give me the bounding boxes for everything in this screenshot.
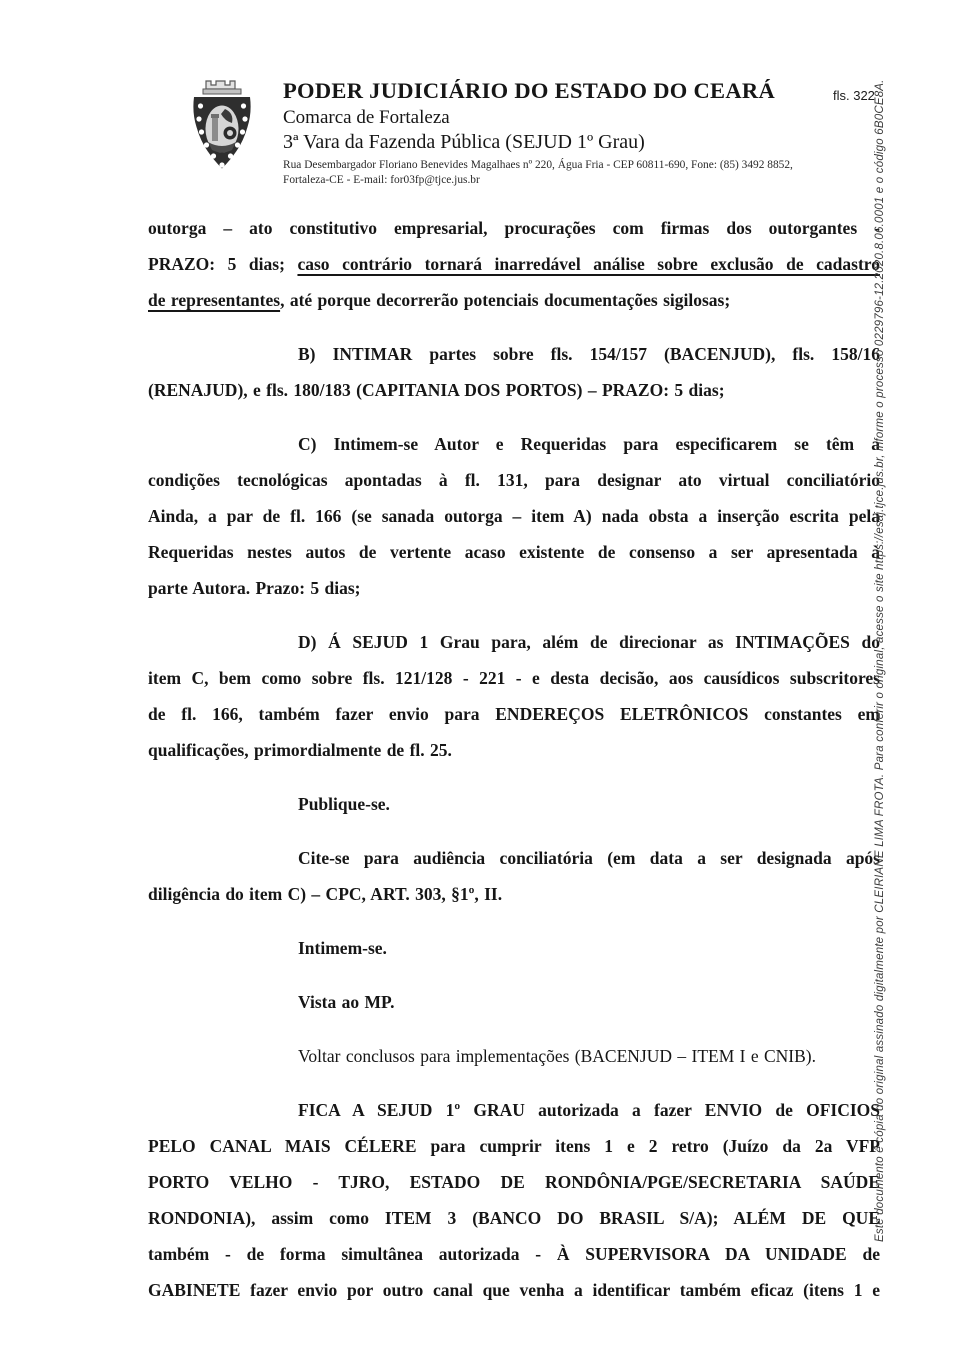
vara-name: 3ª Vara da Fazenda Pública (SEJUD 1º Gra… bbox=[283, 131, 843, 154]
text-line: Cite-se para audiência conciliatória (em… bbox=[148, 840, 880, 876]
paragraph: outorga – ato constitutivo empresarial, … bbox=[148, 210, 880, 318]
text-line: também - de forma simultânea autorizada … bbox=[148, 1236, 880, 1272]
document-page: PODER JUDICIÁRIO DO ESTADO DO CEARÁ Coma… bbox=[0, 0, 960, 1357]
letterhead: PODER JUDICIÁRIO DO ESTADO DO CEARÁ Coma… bbox=[283, 78, 843, 188]
paragraph: Voltar conclusos para implementações (BA… bbox=[148, 1038, 880, 1074]
address-line-1: Rua Desembargador Floriano Benevides Mag… bbox=[283, 158, 843, 173]
paragraph: Cite-se para audiência conciliatória (em… bbox=[148, 840, 880, 912]
text-line: de representantes, até porque decorrerão… bbox=[148, 282, 880, 318]
text-line: Intimem-se. bbox=[148, 930, 880, 966]
text-line: item C, bem como sobre fls. 121/128 - 22… bbox=[148, 660, 880, 696]
text-line: D) Á SEJUD 1 Grau para, além de direcion… bbox=[148, 624, 880, 660]
document-body: outorga – ato constitutivo empresarial, … bbox=[148, 210, 880, 1326]
text-line: outorga – ato constitutivo empresarial, … bbox=[148, 210, 880, 246]
paragraph: Publique-se. bbox=[148, 786, 880, 822]
text-line: PRAZO: 5 dias; caso contrário tornará in… bbox=[148, 246, 880, 282]
paragraph: Vista ao MP. bbox=[148, 984, 880, 1020]
text-line: parte Autora. Prazo: 5 dias; bbox=[148, 570, 880, 606]
digital-signature-certification: Este documento é cópia do original assin… bbox=[874, 127, 886, 1242]
comarca-name: Comarca de Fortaleza bbox=[283, 107, 843, 129]
text-line: Vista ao MP. bbox=[148, 984, 880, 1020]
text-line: PORTO VELHO - TJRO, ESTADO DE RONDÔNIA/P… bbox=[148, 1164, 880, 1200]
text-line: RONDONIA), assim como ITEM 3 (BANCO DO B… bbox=[148, 1200, 880, 1236]
paragraph: B) INTIMAR partes sobre fls. 154/157 (BA… bbox=[148, 336, 880, 408]
text-line: condições tecnológicas apontadas à fl. 1… bbox=[148, 462, 880, 498]
court-name: PODER JUDICIÁRIO DO ESTADO DO CEARÁ bbox=[283, 78, 843, 104]
text-line: Publique-se. bbox=[148, 786, 880, 822]
paragraph: D) Á SEJUD 1 Grau para, além de direcion… bbox=[148, 624, 880, 768]
text-line: GABINETE fazer envio por outro canal que… bbox=[148, 1272, 880, 1308]
text-line: Ainda, a par de fl. 166 (se sanada outor… bbox=[148, 498, 880, 534]
text-line: diligência do item C) – CPC, ART. 303, §… bbox=[148, 876, 880, 912]
address-line-2: Fortaleza-CE - E-mail: for03fp@tjce.jus.… bbox=[283, 173, 843, 188]
paragraph: C) Intimem-se Autor e Requeridas para es… bbox=[148, 426, 880, 606]
folio-number: fls. 322 bbox=[833, 88, 875, 103]
text-line: (RENAJUD), e fls. 180/183 (CAPITANIA DOS… bbox=[148, 372, 880, 408]
paragraph: Intimem-se. bbox=[148, 930, 880, 966]
text-line: Voltar conclusos para implementações (BA… bbox=[148, 1038, 880, 1074]
paragraph: FICA A SEJUD 1º GRAU autorizada a fazer … bbox=[148, 1092, 880, 1308]
ceara-coat-of-arms-icon bbox=[181, 76, 263, 193]
text-line: qualificações, primordialmente de fl. 25… bbox=[148, 732, 880, 768]
text-line: PELO CANAL MAIS CÉLERE para cumprir iten… bbox=[148, 1128, 880, 1164]
text-line: Requeridas nestes autos de vertente acas… bbox=[148, 534, 880, 570]
text-line: FICA A SEJUD 1º GRAU autorizada a fazer … bbox=[148, 1092, 880, 1128]
text-line: C) Intimem-se Autor e Requeridas para es… bbox=[148, 426, 880, 462]
text-line: de fl. 166, também fazer envio para ENDE… bbox=[148, 696, 880, 732]
text-line: B) INTIMAR partes sobre fls. 154/157 (BA… bbox=[148, 336, 880, 372]
